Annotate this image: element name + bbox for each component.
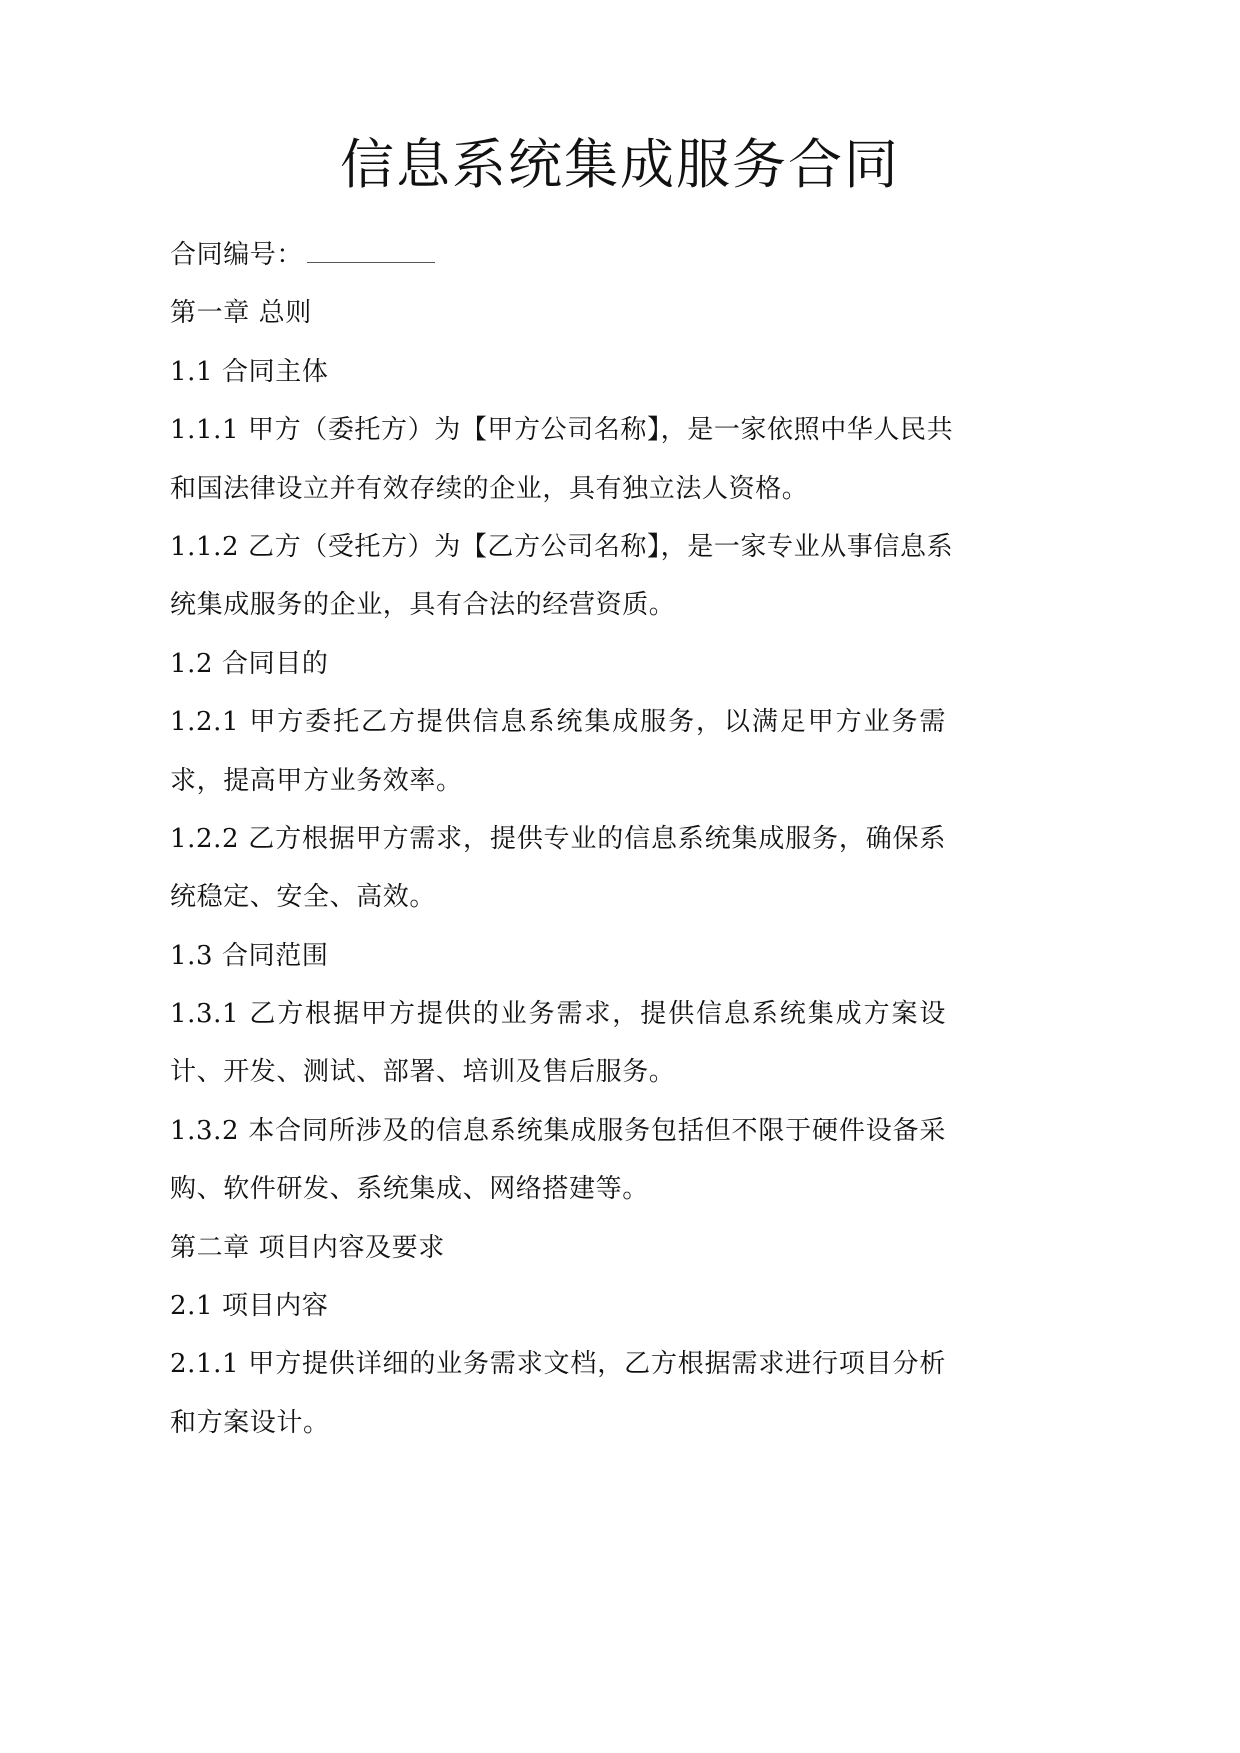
clause-line: 统集成服务的企业，具有合法的经营资质。 xyxy=(170,576,946,634)
clause-line: 1.3.2 本合同所涉及的信息系统集成服务包括但不限于硬件设备采 xyxy=(170,1102,946,1160)
contract-number-label: 合同编号： xyxy=(170,240,303,270)
section-heading: 1.1 合同主体 xyxy=(170,343,946,401)
chapter-heading: 第二章 项目内容及要求 xyxy=(170,1219,946,1277)
clause-line: 求，提高甲方业务效率。 xyxy=(170,752,946,810)
clause-line: 2.1.1 甲方提供详细的业务需求文档，乙方根据需求进行项目分析 xyxy=(170,1335,946,1393)
clause-line: 计、开发、测试、部署、培训及售后服务。 xyxy=(170,1043,946,1101)
chapter-heading: 第一章 总则 xyxy=(170,284,946,342)
contract-number-blank xyxy=(307,240,435,263)
clause-line: 1.2.1 甲方委托乙方提供信息系统集成服务，以满足甲方业务需 xyxy=(170,693,946,751)
clause-line: 1.1.1 甲方（委托方）为【甲方公司名称】，是一家依照中华人民共 xyxy=(170,401,946,459)
section-heading: 2.1 项目内容 xyxy=(170,1277,946,1335)
section-heading: 1.2 合同目的 xyxy=(170,635,946,693)
contract-number-line: 合同编号： xyxy=(170,226,946,284)
document-page: 信息系统集成服务合同 合同编号： 第一章 总则 1.1 合同主体 1.1.1 甲… xyxy=(0,0,1240,1753)
section-heading: 1.3 合同范围 xyxy=(170,927,946,985)
clause-line: 和方案设计。 xyxy=(170,1394,946,1452)
clause-line: 1.1.2 乙方（受托方）为【乙方公司名称】，是一家专业从事信息系 xyxy=(170,518,946,576)
document-body: 合同编号： 第一章 总则 1.1 合同主体 1.1.1 甲方（委托方）为【甲方公… xyxy=(170,226,946,1452)
clause-line: 统稳定、安全、高效。 xyxy=(170,868,946,926)
clause-line: 1.2.2 乙方根据甲方需求，提供专业的信息系统集成服务，确保系 xyxy=(170,810,946,868)
clause-line: 1.3.1 乙方根据甲方提供的业务需求，提供信息系统集成方案设 xyxy=(170,985,946,1043)
document-title: 信息系统集成服务合同 xyxy=(0,132,1240,198)
clause-line: 购、软件研发、系统集成、网络搭建等。 xyxy=(170,1160,946,1218)
clause-line: 和国法律设立并有效存续的企业，具有独立法人资格。 xyxy=(170,460,946,518)
